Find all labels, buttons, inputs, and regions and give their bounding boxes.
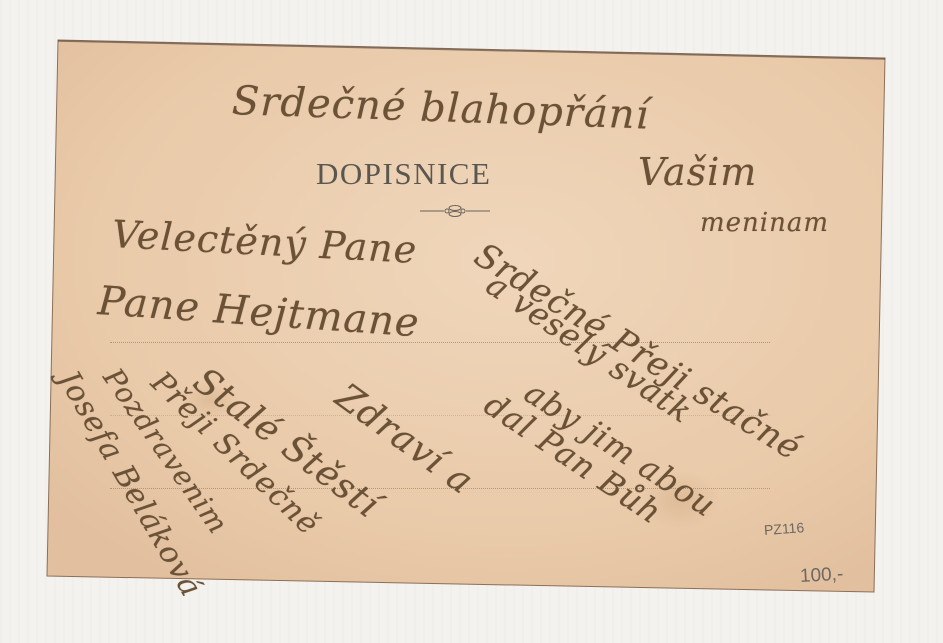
pencil-code: PZ116 bbox=[763, 519, 804, 538]
handwriting-meninam: meninam bbox=[700, 208, 829, 238]
address-line bbox=[110, 342, 770, 343]
postcard: DOPISNICE Srdečné blahopřání Vašim menin… bbox=[0, 0, 943, 643]
ornament-icon bbox=[420, 204, 490, 218]
printed-title: DOPISNICE bbox=[316, 156, 491, 192]
handwriting-vasim: Vašim bbox=[638, 150, 757, 194]
pencil-price: 100,- bbox=[799, 564, 843, 588]
